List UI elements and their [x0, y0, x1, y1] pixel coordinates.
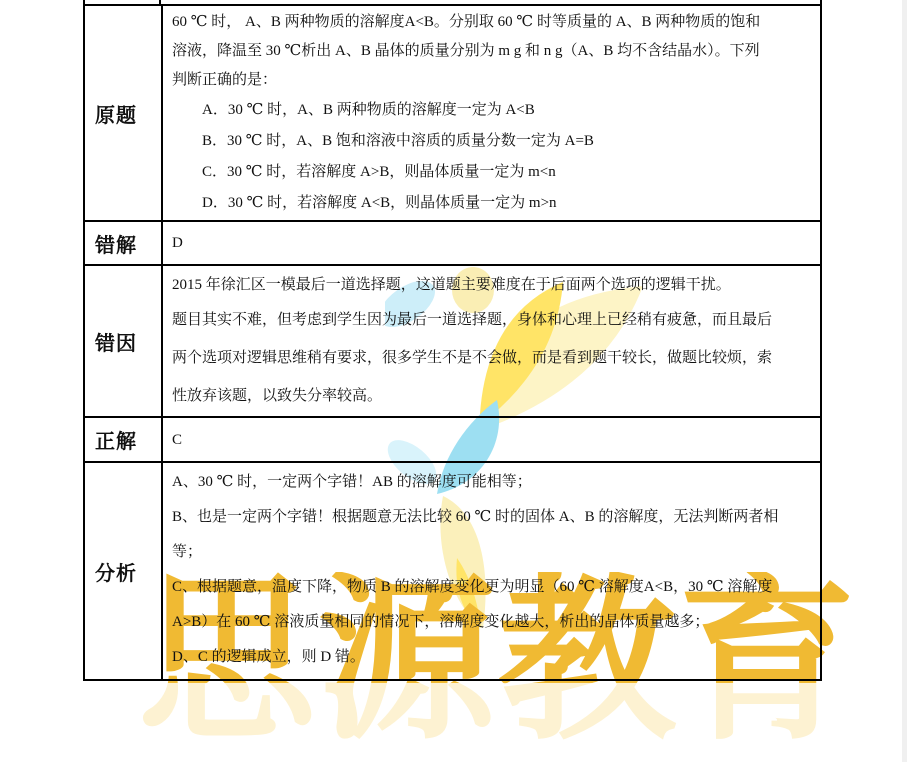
error-analysis-table: 原题 60 ℃ 时， A、B 两种物质的溶解度A<B。分别取 60 ℃ 时等质量…: [83, 4, 822, 681]
row-label: 原题: [85, 6, 163, 220]
analysis-line: A>B）在 60 ℃ 溶液质量相同的情况下，溶解度变化越大，析出的晶体质量越多；: [172, 605, 816, 640]
table-row-original-question: 原题 60 ℃ 时， A、B 两种物质的溶解度A<B。分别取 60 ℃ 时等质量…: [85, 6, 820, 222]
watermark-brand-text-lower: 思源教育: [138, 683, 858, 762]
analysis-line: B、也是一定两个字错！根据题意无法比较 60 ℃ 时的固体 A、B 的溶解度，无…: [172, 500, 816, 535]
question-stem-line: 判断正确的是：: [172, 66, 816, 95]
row-label: 正解: [85, 418, 163, 461]
analysis-line: D、C 的逻辑成立，则 D 错。: [172, 640, 816, 675]
table-row-analysis: 分析 A、30 ℃ 时，一定两个字错！AB 的溶解度可能相等；B、也是一定两个字…: [85, 463, 820, 679]
row-label: 错解: [85, 222, 163, 264]
wrong-answer-content: D: [163, 222, 820, 264]
question-stem: 60 ℃ 时， A、B 两种物质的溶解度A<B。分别取 60 ℃ 时等质量的 A…: [172, 8, 816, 95]
question-stem-line: 60 ℃ 时， A、B 两种物质的溶解度A<B。分别取 60 ℃ 时等质量的 A…: [172, 8, 816, 37]
question-option-line: A．30 ℃ 时，A、B 两种物质的溶解度一定为 A<B: [172, 95, 816, 126]
error-cause-line: 性放弃该题，以致失分率较高。: [172, 377, 816, 415]
error-cause-content: 2015 年徐汇区一模最后一道选择题，这道题主要难度在于后面两个选项的逻辑干扰。…: [163, 266, 820, 416]
analysis-line: C、根据题意，温度下降，物质 B 的溶解度变化更为明显（60 ℃ 溶解度A<B，…: [172, 570, 816, 605]
analysis-line: A、30 ℃ 时，一定两个字错！AB 的溶解度可能相等；: [172, 465, 816, 500]
question-option-line: B．30 ℃ 时，A、B 饱和溶液中溶质的质量分数一定为 A=B: [172, 126, 816, 157]
correct-answer-content: C: [163, 418, 820, 461]
table-row-error-cause: 错因 2015 年徐汇区一模最后一道选择题，这道题主要难度在于后面两个选项的逻辑…: [85, 266, 820, 418]
row-label: 错因: [85, 266, 163, 416]
table-row-correct-answer: 正解 C: [85, 418, 820, 463]
page-edge-strip: [902, 0, 907, 762]
analysis-content: A、30 ℃ 时，一定两个字错！AB 的溶解度可能相等；B、也是一定两个字错！根…: [163, 463, 820, 679]
error-cause-line: 2015 年徐汇区一模最后一道选择题，这道题主要难度在于后面两个选项的逻辑干扰。: [172, 269, 816, 301]
analysis-line: 等；: [172, 535, 816, 570]
question-stem-line: 溶液，降温至 30 ℃析出 A、B 晶体的质量分别为 m g 和 n g（A、B…: [172, 37, 816, 66]
error-cause-line: 两个选项对逻辑思维稍有要求，很多学生不是不会做，而是看到题干较长，做题比较烦，索: [172, 339, 816, 377]
question-option-line: D．30 ℃ 时，若溶解度 A<B，则晶体质量一定为 m>n: [172, 188, 816, 219]
correct-answer-value: C: [172, 430, 182, 450]
row-label: 分析: [85, 463, 163, 679]
question-option-line: C．30 ℃ 时，若溶解度 A>B，则晶体质量一定为 m<n: [172, 157, 816, 188]
error-cause-line: 题目其实不难，但考虑到学生因为最后一道选择题，身体和心理上已经稍有疲惫，而且最后: [172, 301, 816, 339]
table-row-wrong-answer: 错解 D: [85, 222, 820, 266]
wrong-answer-value: D: [172, 233, 183, 253]
question-options: A．30 ℃ 时，A、B 两种物质的溶解度一定为 A<BB．30 ℃ 时，A、B…: [172, 95, 816, 219]
original-question-content: 60 ℃ 时， A、B 两种物质的溶解度A<B。分别取 60 ℃ 时等质量的 A…: [163, 6, 820, 220]
